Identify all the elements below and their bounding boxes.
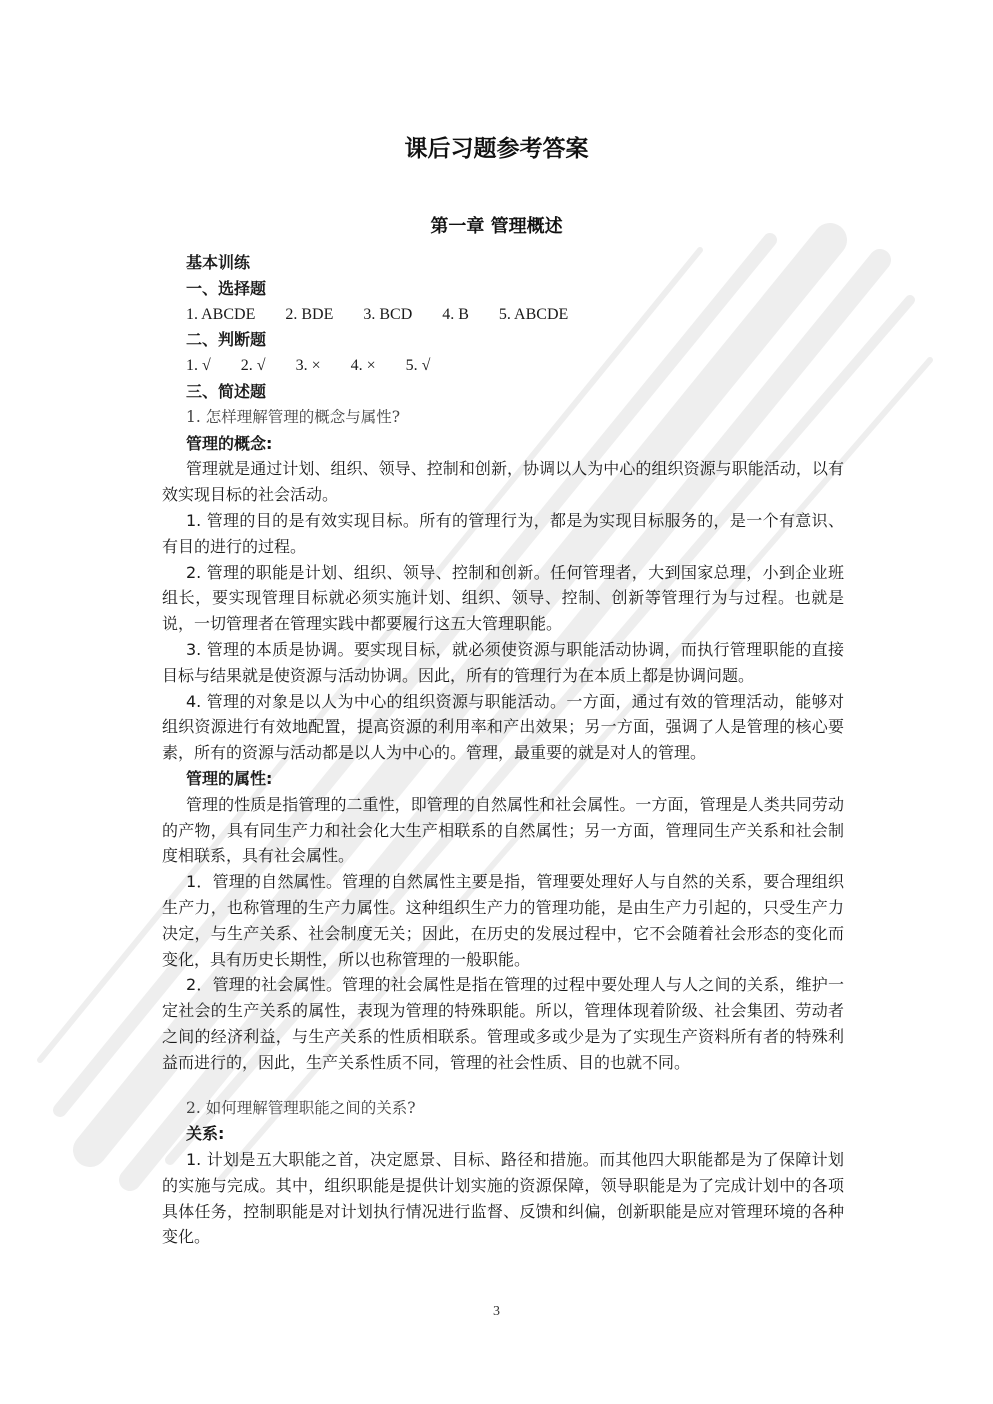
true-false-answers: 1. √ 2. √ 3. × 4. × 5. √: [162, 353, 844, 379]
document-body: 基本训练 一、选择题 1. ABCDE 2. BDE 3. BCD 4. B 5…: [162, 250, 844, 1250]
chapter-title: 第一章 管理概述: [0, 212, 993, 238]
concept-heading: 管理的概念:: [162, 431, 844, 457]
answer-item: 3. ×: [296, 357, 321, 374]
document-page: 课后习题参考答案 第一章 管理概述 基本训练 一、选择题 1. ABCDE 2.…: [0, 0, 993, 1404]
answer-item: 3. BCD: [363, 306, 412, 323]
paragraph: 1. 管理的目的是有效实现目标。所有的管理行为，都是为实现目标服务的，是一个有意…: [162, 508, 844, 560]
spacer: [162, 1076, 844, 1096]
answer-item: 1. ABCDE: [186, 306, 255, 323]
paragraph: 1. 计划是五大职能之首，决定愿景、目标、路径和措施。而其他四大职能都是为了保障…: [162, 1147, 844, 1250]
answer-item: 1. √: [186, 357, 211, 374]
paragraph: 1．管理的自然属性。管理的自然属性主要是指，管理要处理好人与自然的关系，要合理组…: [162, 869, 844, 972]
answer-item: 5. ABCDE: [499, 306, 568, 323]
section-heading-multiple-choice: 一、选择题: [162, 276, 844, 302]
relation-heading: 关系:: [162, 1121, 844, 1147]
answer-item: 4. ×: [351, 357, 376, 374]
answer-item: 2. BDE: [285, 306, 333, 323]
paragraph: 2. 管理的职能是计划、组织、领导、控制和创新。任何管理者，大到国家总理，小到企…: [162, 560, 844, 637]
attribute-heading: 管理的属性:: [162, 766, 844, 792]
page-number: 3: [0, 1304, 993, 1320]
section-heading-basic-training: 基本训练: [162, 250, 844, 276]
question-1: 1. 怎样理解管理的概念与属性?: [162, 405, 844, 431]
section-heading-true-false: 二、判断题: [162, 327, 844, 353]
section-heading-short-answer: 三、简述题: [162, 379, 844, 405]
answer-item: 5. √: [406, 357, 431, 374]
answer-item: 4. B: [442, 306, 469, 323]
document-title: 课后习题参考答案: [0, 130, 993, 163]
paragraph: 管理的性质是指管理的二重性，即管理的自然属性和社会属性。一方面，管理是人类共同劳…: [162, 792, 844, 869]
multiple-choice-answers: 1. ABCDE 2. BDE 3. BCD 4. B 5. ABCDE: [162, 302, 844, 328]
answer-item: 2. √: [241, 357, 266, 374]
question-2: 2. 如何理解管理职能之间的关系?: [162, 1096, 844, 1122]
paragraph: 管理就是通过计划、组织、领导、控制和创新，协调以人为中心的组织资源与职能活动，以…: [162, 456, 844, 508]
paragraph: 3. 管理的本质是协调。要实现目标，就必须使资源与职能活动协调，而执行管理职能的…: [162, 637, 844, 689]
paragraph: 4. 管理的对象是以人为中心的组织资源与职能活动。一方面，通过有效的管理活动，能…: [162, 689, 844, 766]
paragraph: 2．管理的社会属性。管理的社会属性是指在管理的过程中要处理人与人之间的关系，维护…: [162, 972, 844, 1075]
